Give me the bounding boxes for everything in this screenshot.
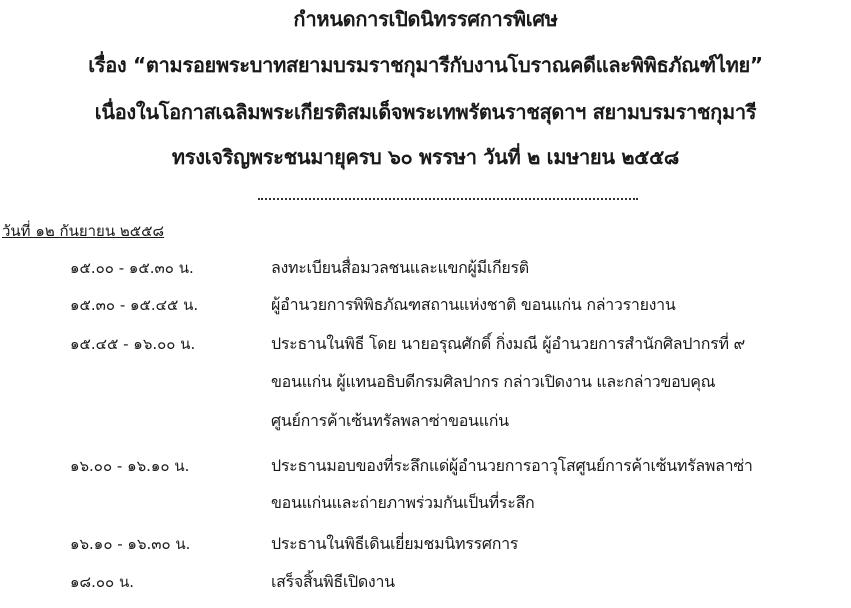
- schedule-time: ๑๖.๐๐ - ๑๖.๑๐ น.: [70, 455, 189, 477]
- document-title: กำหนดการเปิดนิทรรศการพิเศษ: [0, 4, 851, 34]
- schedule-description: ประธานมอบของที่ระลึกแด่ผู้อำนวยการอาวุโส…: [271, 455, 753, 477]
- schedule-date: วันที่ ๑๒ กันยายน ๒๕๕๘: [2, 220, 164, 242]
- schedule-time: ๑๕.๐๐ - ๑๕.๓๐ น.: [70, 257, 194, 279]
- schedule-time: ๑๖.๑๐ - ๑๖.๓๐ น.: [70, 533, 190, 555]
- schedule-description: ผู้อำนวยการพิพิธภัณฑสถานแห่งชาติ ขอนแก่น…: [271, 294, 676, 316]
- schedule-description: ศูนย์การค้าเซ้นทรัลพลาซ่าขอนแก่น: [271, 410, 509, 432]
- exhibition-subject: เรื่อง “ตามรอยพระบาทสยามบรมราชกุมารีกับง…: [0, 50, 851, 80]
- schedule-time: ๑๕.๔๕ - ๑๖.๐๐ น.: [70, 333, 195, 355]
- schedule-description: ขอนแก่นและถ่ายภาพร่วมกันเป็นที่ระลึก: [271, 492, 534, 514]
- schedule-time: ๑๘.๐๐ น.: [70, 571, 134, 593]
- occasion-line: เนื่องในโอกาสเฉลิมพระเกียรติสมเด็จพระเทพ…: [0, 97, 851, 127]
- dotted-divider: [258, 198, 638, 200]
- schedule-description: ประธานในพิธี โดย นายอรุณศักดิ์ กิ่งมณี ผ…: [271, 333, 745, 355]
- schedule-time: ๑๕.๓๐ - ๑๕.๔๕ น.: [70, 294, 198, 316]
- schedule-description: ประธานในพิธีเดินเยี่ยมชมนิทรรศการ: [271, 533, 518, 555]
- schedule-description: ขอนแก่น ผู้แทนอธิบดีกรมศิลปากร กล่าวเปิด…: [271, 371, 715, 393]
- occasion-date-line: ทรงเจริญพระชนมายุครบ ๖๐ พรรษา วันที่ ๒ เ…: [0, 142, 851, 172]
- schedule-description: ลงทะเบียนสื่อมวลชนและแขกผู้มีเกียรติ: [271, 257, 529, 279]
- schedule-description: เสร็จสิ้นพิธีเปิดงาน: [271, 571, 395, 593]
